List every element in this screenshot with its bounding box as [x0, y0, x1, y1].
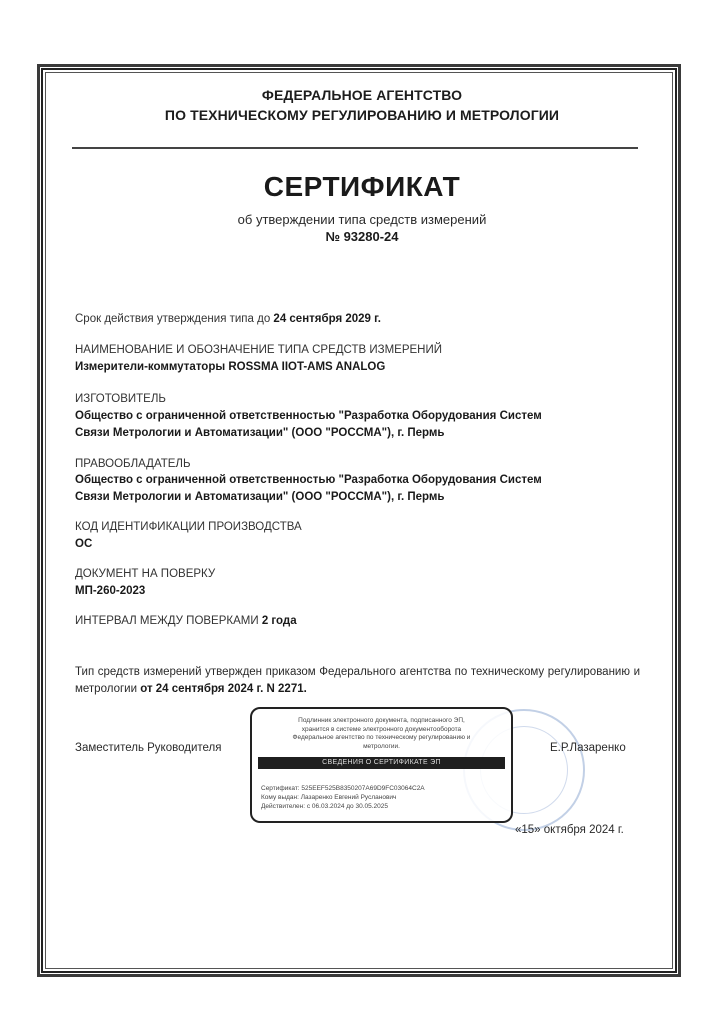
approval-order-paragraph: Тип средств измерений утвержден приказом…	[75, 664, 640, 698]
field-label-type-name: НАИМЕНОВАНИЕ И ОБОЗНАЧЕНИЕ ТИПА СРЕДСТВ …	[75, 344, 442, 356]
field-value-rights-holder-line2: Связи Метрологии и Автоматизации" (ООО "…	[75, 491, 444, 503]
validity-date: 24 сентября 2029 г.	[273, 313, 381, 325]
certificate-title: СЕРТИФИКАТ	[0, 171, 724, 203]
signer-name: Е.Р.Лазаренко	[550, 742, 626, 754]
field-value-type-name: Измерители-коммутаторы ROSSMA IIOT-AMS A…	[75, 361, 385, 373]
field-label-manufacturer: ИЗГОТОВИТЕЛЬ	[75, 393, 166, 405]
signer-position: Заместитель Руководителя	[75, 742, 221, 754]
esig-certificate-header: СВЕДЕНИЯ О СЕРТИФИКАТЕ ЭП	[258, 757, 505, 769]
esig-issued-to: Кому выдан: Лазаренко Евгений Русланович	[261, 793, 425, 802]
interval-value: 2 года	[262, 615, 297, 627]
certificate-number: № 93280-24	[0, 229, 724, 244]
certificate-subtitle: об утверждении типа средств измерений	[0, 212, 724, 227]
esig-certificate-serial: Сертификат: 525EEF525B8350207A69D9FC0306…	[261, 784, 425, 793]
esig-validity: Действителен: с 06.03.2024 до 30.05.2025	[261, 802, 425, 811]
interval-label: ИНТЕРВАЛ МЕЖДУ ПОВЕРКАМИ	[75, 615, 262, 627]
agency-name-line1: ФЕДЕРАЛЬНОЕ АГЕНТСТВО	[0, 87, 724, 103]
order-reference: от 24 сентября 2024 г. N 2271.	[140, 683, 307, 695]
field-value-production-code: ОС	[75, 538, 92, 550]
header-divider	[72, 147, 638, 149]
signature-date: «15» октября 2024 г.	[515, 824, 624, 836]
agency-name-line2: ПО ТЕХНИЧЕСКОМУ РЕГУЛИРОВАНИЮ И МЕТРОЛОГ…	[0, 107, 724, 123]
electronic-signature-box: Подлинник электронного документа, подпис…	[250, 707, 513, 823]
esig-note: Подлинник электронного документа, подпис…	[252, 717, 511, 751]
field-value-rights-holder-line1: Общество с ограниченной ответственностью…	[75, 474, 542, 486]
validity-label: Срок действия утверждения типа до	[75, 313, 273, 325]
field-value-manufacturer-line2: Связи Метрологии и Автоматизации" (ООО "…	[75, 427, 444, 439]
validity-line: Срок действия утверждения типа до 24 сен…	[75, 313, 381, 325]
field-label-verification-doc: ДОКУМЕНТ НА ПОВЕРКУ	[75, 568, 215, 580]
field-value-manufacturer-line1: Общество с ограниченной ответственностью…	[75, 410, 542, 422]
field-label-production-code: КОД ИДЕНТИФИКАЦИИ ПРОИЗВОДСТВА	[75, 521, 302, 533]
esig-details: Сертификат: 525EEF525B8350207A69D9FC0306…	[261, 784, 425, 811]
field-value-verification-doc: МП-260-2023	[75, 585, 145, 597]
verification-interval: ИНТЕРВАЛ МЕЖДУ ПОВЕРКАМИ 2 года	[75, 615, 297, 627]
field-label-rights-holder: ПРАВООБЛАДАТЕЛЬ	[75, 458, 191, 470]
